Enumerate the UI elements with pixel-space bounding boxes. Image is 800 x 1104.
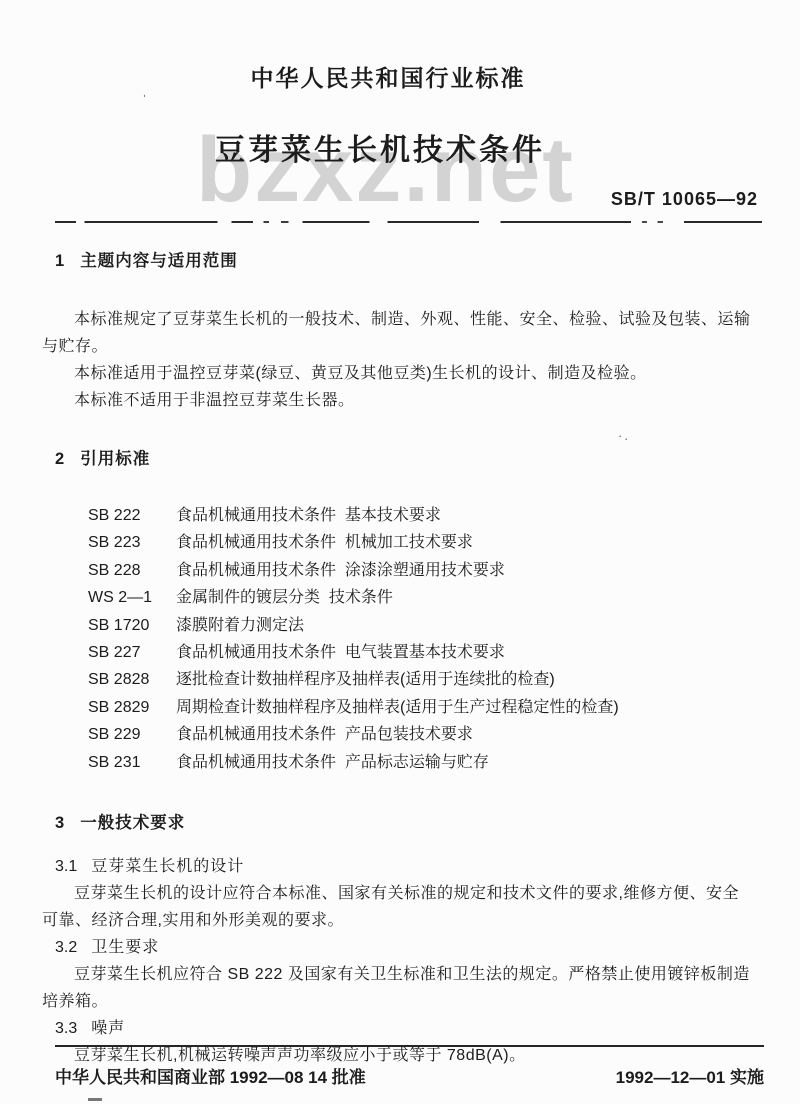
- reference-title: 食品机械通用技术条件 电气装置基本技术要求: [176, 639, 505, 666]
- section-2-heading: 2引用标准: [55, 446, 755, 473]
- paragraph: 本标准不适用于非温控豆芽菜生长器。: [42, 387, 755, 414]
- section-2-number: 2: [55, 450, 64, 468]
- implementation-date: 1992—12—01 实施: [616, 1063, 764, 1088]
- subsection-3-1-title: 豆芽菜生长机的设计: [91, 858, 244, 875]
- reference-title: 食品机械通用技术条件 基本技术要求: [176, 502, 441, 529]
- scan-artifact-tick: [88, 1098, 102, 1101]
- standard-type-heading: 中华人民共和国行业标准: [0, 0, 788, 93]
- reference-code: SB 2829: [88, 694, 160, 721]
- paragraph: 本标准规定了豆芽菜生长机的一般技术、制造、外观、性能、安全、检验、试验及包装、运…: [42, 306, 755, 360]
- paragraph: 本标准适用于温控豆芽菜(绿豆、黄豆及其他豆类)生长机的设计、制造及检验。: [42, 360, 755, 387]
- reference-code: SB 227: [88, 639, 160, 666]
- approval-statement: 中华人民共和国商业部 1992—08 14 批准: [55, 1063, 366, 1088]
- document-title: 豆芽菜生长机技术条件: [0, 125, 780, 169]
- section-3-content: 3.1豆芽菜生长机的设计 豆芽菜生长机的设计应符合本标准、国家有关标准的规定和技…: [55, 853, 755, 1069]
- reference-code: SB 222: [88, 502, 160, 529]
- footer-text-row: 中华人民共和国商业部 1992—08 14 批准 1992—12—01 实施: [55, 1063, 764, 1088]
- footer-divider: [55, 1045, 764, 1047]
- reference-title: 食品机械通用技术条件 涂漆涂塑通用技术要求: [176, 557, 505, 584]
- section-3-number: 3: [55, 814, 64, 832]
- section-3-title: 一般技术要求: [80, 814, 185, 832]
- standard-number: SB/T 10065—92: [0, 189, 800, 210]
- reference-title: 食品机械通用技术条件 产品包装技术要求: [176, 721, 473, 748]
- paragraph: 豆芽菜生长机的设计应符合本标准、国家有关标准的规定和技术文件的要求,维修方便、安…: [42, 880, 755, 934]
- reference-item: WS 2—1金属制件的镀层分类 技术条件: [88, 584, 755, 611]
- reference-item: SB 222食品机械通用技术条件 基本技术要求: [88, 502, 755, 529]
- section-1-content: 本标准规定了豆芽菜生长机的一般技术、制造、外观、性能、安全、检验、试验及包装、运…: [55, 306, 755, 414]
- subsection-3-3-title: 噪声: [91, 1020, 125, 1037]
- reference-item: SB 228食品机械通用技术条件 涂漆涂塑通用技术要求: [88, 557, 755, 584]
- reference-code: WS 2—1: [88, 584, 160, 611]
- reference-item: SB 229食品机械通用技术条件 产品包装技术要求: [88, 721, 755, 748]
- reference-item: SB 223食品机械通用技术条件 机械加工技术要求: [88, 529, 755, 556]
- paragraph: 豆芽菜生长机应符合 SB 222 及国家有关卫生标准和卫生法的规定。严格禁止使用…: [42, 961, 755, 1015]
- reference-title: 金属制件的镀层分类 技术条件: [176, 584, 393, 611]
- subsection-3-3-heading: 3.3噪声: [55, 1015, 755, 1042]
- reference-item: SB 2828逐批检查计数抽样程序及抽样表(适用于连续批的检查): [88, 666, 755, 693]
- reference-code: SB 223: [88, 529, 160, 556]
- reference-item: SB 227食品机械通用技术条件 电气装置基本技术要求: [88, 639, 755, 666]
- subsection-3-3-number: 3.3: [55, 1020, 77, 1037]
- reference-item: SB 1720漆膜附着力测定法: [88, 612, 755, 639]
- section-1-number: 1: [55, 252, 64, 270]
- reference-code: SB 1720: [88, 612, 160, 639]
- reference-title: 逐批检查计数抽样程序及抽样表(适用于连续批的检查): [176, 666, 555, 693]
- subsection-3-1-heading: 3.1豆芽菜生长机的设计: [55, 853, 755, 880]
- document-page: 中华人民共和国行业标准 ˈ 豆芽菜生长机技术条件 bzxz.net SB/T 1…: [0, 0, 800, 1104]
- reference-standards-list: SB 222食品机械通用技术条件 基本技术要求 SB 223食品机械通用技术条件…: [88, 502, 755, 776]
- document-body: 1主题内容与适用范围 本标准规定了豆芽菜生长机的一般技术、制造、外观、性能、安全…: [55, 240, 755, 1069]
- section-3-heading: 3一般技术要求: [55, 810, 755, 837]
- reference-code: SB 231: [88, 749, 160, 776]
- reference-code: SB 229: [88, 721, 160, 748]
- subsection-3-2-heading: 3.2卫生要求: [55, 934, 755, 961]
- section-1-heading: 1主题内容与适用范围: [55, 248, 755, 275]
- reference-code: SB 2828: [88, 666, 160, 693]
- subsection-3-2-number: 3.2: [55, 939, 77, 956]
- reference-title: 食品机械通用技术条件 机械加工技术要求: [176, 529, 473, 556]
- reference-item: SB 2829周期检查计数抽样程序及抽样表(适用于生产过程稳定性的检查): [88, 694, 755, 721]
- section-1-title: 主题内容与适用范围: [80, 252, 238, 270]
- section-2-title: 引用标准: [80, 450, 150, 468]
- reference-item: SB 231食品机械通用技术条件 产品标志运输与贮存: [88, 749, 755, 776]
- reference-title: 周期检查计数抽样程序及抽样表(适用于生产过程稳定性的检查): [176, 694, 619, 721]
- page-footer: 中华人民共和国商业部 1992—08 14 批准 1992—12—01 实施: [55, 1045, 764, 1088]
- reference-title: 漆膜附着力测定法: [176, 612, 304, 639]
- scan-artifact-mark: ˈ: [142, 92, 147, 108]
- reference-title: 食品机械通用技术条件 产品标志运输与贮存: [176, 749, 489, 776]
- subsection-3-1-number: 3.1: [55, 858, 77, 875]
- reference-code: SB 228: [88, 557, 160, 584]
- subsection-3-2-title: 卫生要求: [91, 939, 159, 956]
